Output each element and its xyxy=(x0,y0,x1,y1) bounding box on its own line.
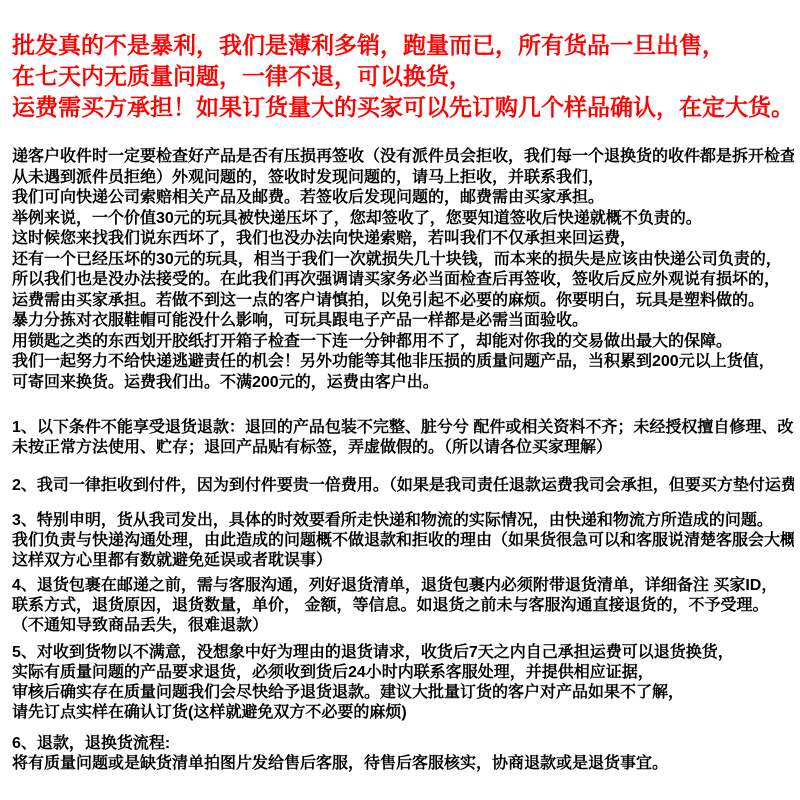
policy-line: 1、以下条件不能享受退货退款：退回的产品包装不完整、脏兮兮 配件或相关资料不齐；… xyxy=(12,418,794,438)
notice-line: 运费需由买家承担。若做不到这一点的客户请慎拍，以免引起不必要的麻烦。你要明白，玩… xyxy=(12,291,794,312)
notice-line: 还有一个已经压坏的30元的玩具，相当于我们一次就损失几十块钱，而本来的损失是应该… xyxy=(12,250,794,271)
policy-line: 审核后确实存在质量问题我们会尽快给予退货退款。建议大批量订货的客户对产品如果不了… xyxy=(12,683,794,703)
policy-item-1: 1、以下条件不能享受退货退款：退回的产品包装不完整、脏兮兮 配件或相关资料不齐；… xyxy=(12,418,794,458)
policy-line: 4、退货包裹在邮递之前，需与客服沟通，列好退货清单，退货包裹内必须附带退货清单，… xyxy=(12,576,794,596)
red-notice-line: 在七天内无质量问题，一律不退，可以换货， xyxy=(12,61,794,92)
notice-line: 从未遇到派件员拒绝）外观问题的，签收时发现问题的，请马上拒收，并联系我们， xyxy=(12,168,794,189)
red-notice-line: 批发真的不是暴利，我们是薄利多销，跑量而已，所有货品一旦出售， xyxy=(12,30,794,61)
notice-line: 举例来说，一个价值30元的玩具被快递压坏了，您却签收了，您要知道签收后快递就概不… xyxy=(12,209,794,230)
policy-line: 未按正常方法使用、贮存；退回产品贴有标签，弄虚做假的。（所以请各位买家理解） xyxy=(12,438,794,458)
policy-line: 实际有质量问题的产品要求退货，必须收到货后24小时内联系客服处理，并提供相应证据… xyxy=(12,663,794,683)
policy-line: 3、特别申明，货从我司发出，具体的时效要看所走快递和物流的实际情况，由快递和物流… xyxy=(12,511,794,531)
policy-line: 联系方式，退货原因，退货数量，单价， 金额，等信息。如退货之前未与客服沟通直接退… xyxy=(12,596,794,616)
notice-line: 用锁匙之类的东西划开胶纸打开箱子检查一下连一分钟都用不了，却能对你我的交易做出最… xyxy=(12,332,794,353)
notice-line: 递客户收件时一定要检查好产品是否有压损再签收（没有派件员会拒收，我们每一个退换货… xyxy=(12,147,794,168)
policy-line: 请先订点实样在确认订货(这样就避免双方不必要的麻烦) xyxy=(12,703,794,723)
wholesale-red-notice: 批发真的不是暴利，我们是薄利多销，跑量而已，所有货品一旦出售， 在七天内无质量问… xyxy=(12,30,794,123)
policy-item-5: 5、对收到货物以不满意，没想象中好为理由的退货请求，收货后7天之内自己承担运费可… xyxy=(12,643,794,723)
notice-line: 这时候您来找我们说东西坏了，我们也没办法向快递索赔，若叫我们不仅承担来回运费， xyxy=(12,229,794,250)
policy-item-6: 6、退款，退换货流程: 将有质量问题或是缺货清单拍图片发给售后客服，待售后客服核… xyxy=(12,734,794,774)
policy-line: 5、对收到货物以不满意，没想象中好为理由的退货请求，收货后7天之内自己承担运费可… xyxy=(12,643,794,663)
notice-line: 所以我们也是没办法接受的。在此我们再次强调请买家务必当面检查后再签收，签收后反应… xyxy=(12,270,794,291)
policy-item-2: 2、我司一律拒收到付件，因为到付件要贵一倍费用。（如果是我司责任退款运费我司会承… xyxy=(12,476,794,496)
notice-line: 可寄回来换货。运费我们出。不满200元的，运费由客户出。 xyxy=(12,373,794,394)
policy-notice-page: 批发真的不是暴利，我们是薄利多销，跑量而已，所有货品一旦出售， 在七天内无质量问… xyxy=(0,0,800,800)
policy-item-3: 3、特别申明，货从我司发出，具体的时效要看所走快递和物流的实际情况，由快递和物流… xyxy=(12,511,794,571)
notice-line: 暴力分拣对衣服鞋帽可能没什么影响，可玩具跟电子产品一样都是必需当面验收。 xyxy=(12,311,794,332)
policy-line: （不通知导致商品丢失，很难退款） xyxy=(12,616,794,636)
shipping-inspection-notice: 递客户收件时一定要检查好产品是否有压损再签收（没有派件员会拒收，我们每一个退换货… xyxy=(12,147,794,393)
red-notice-line: 运费需买方承担！如果订货量大的买家可以先订购几个样品确认，在定大货。 xyxy=(12,92,794,123)
policy-line: 将有质量问题或是缺货清单拍图片发给售后客服，待售后客服核实，协商退款或是退货事宜… xyxy=(12,754,794,774)
policy-line: 这样双方心里都有数就避免延误或者耽误事） xyxy=(12,551,794,571)
return-policy-list: 1、以下条件不能享受退货退款：退回的产品包装不完整、脏兮兮 配件或相关资料不齐；… xyxy=(12,418,794,774)
policy-line: 2、我司一律拒收到付件，因为到付件要贵一倍费用。（如果是我司责任退款运费我司会承… xyxy=(12,476,794,496)
policy-item-4: 4、退货包裹在邮递之前，需与客服沟通，列好退货清单，退货包裹内必须附带退货清单，… xyxy=(12,576,794,636)
policy-line: 6、退款，退换货流程: xyxy=(12,734,794,754)
policy-line: 我们负责与快递沟通处理，由此造成的问题概不做退款和拒收的理由（如果货很急可以和客… xyxy=(12,531,794,551)
notice-line: 我们可向快递公司索赔相关产品及邮费。若签收后发现问题的，邮费需由买家承担。 xyxy=(12,188,794,209)
notice-line: 我们一起努力不给快递逃避责任的机会！另外功能等其他非压损的质量问题产品，当积累到… xyxy=(12,352,794,373)
